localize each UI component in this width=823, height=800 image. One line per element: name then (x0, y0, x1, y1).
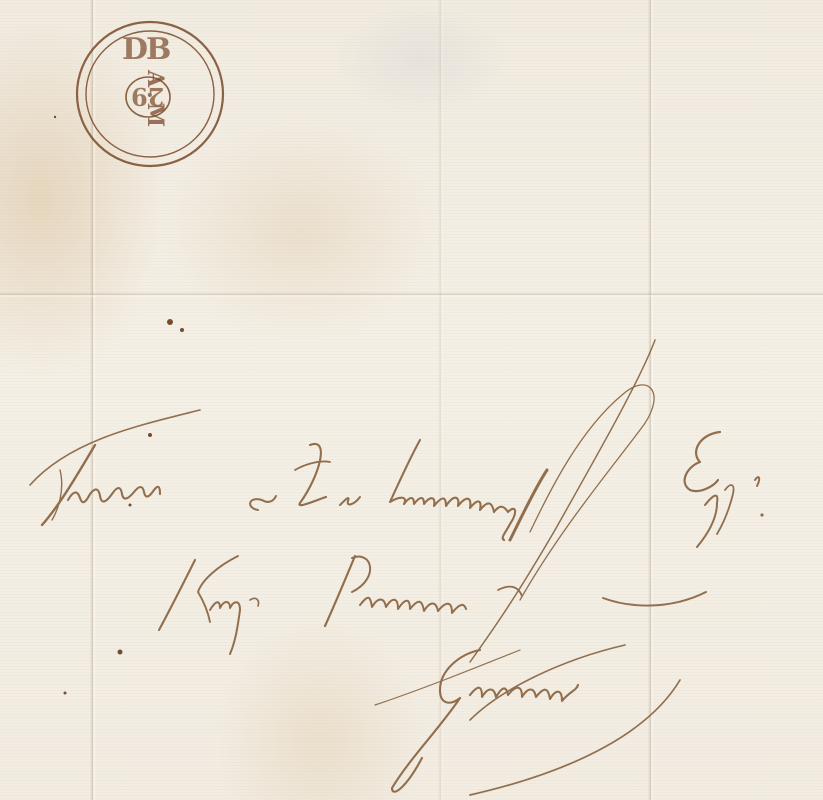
address-line-3: Guernsey (430, 665, 537, 697)
address-line-1: Thomas De Sausmarez Esqr. (30, 470, 349, 502)
letter-sheet: DB 29 A.M (0, 0, 823, 800)
handwritten-address-ink (0, 0, 823, 800)
address-line-2: Kings Procureur (165, 575, 352, 607)
